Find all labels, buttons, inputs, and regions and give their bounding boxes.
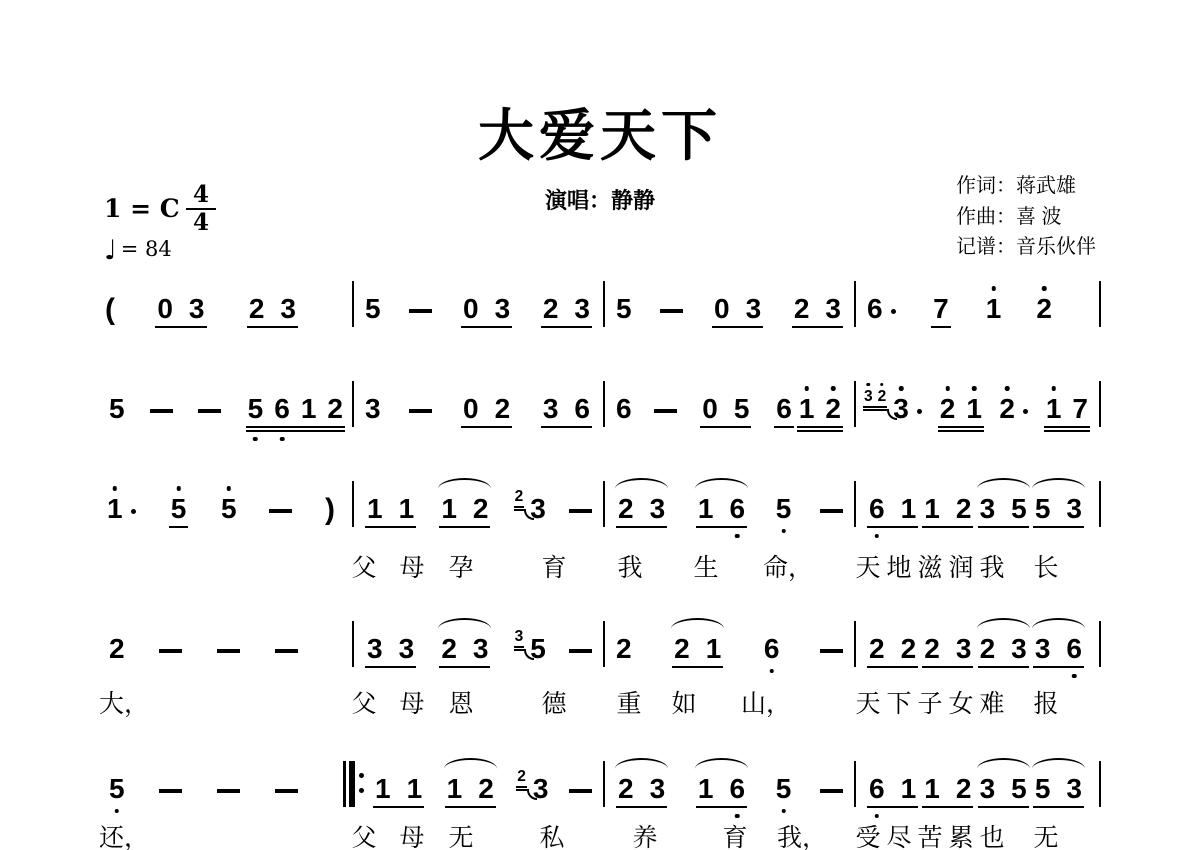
octave-dot-low xyxy=(769,669,774,674)
note: 3 xyxy=(574,295,590,323)
parenthesis: ( xyxy=(105,295,115,325)
note: 1 xyxy=(924,495,940,523)
note: 2 xyxy=(109,635,125,663)
beam-group: 17 xyxy=(1044,395,1090,423)
note: 3 xyxy=(980,775,996,803)
beam-group: 6 xyxy=(774,395,794,423)
grace-note-digit: 3 xyxy=(515,629,524,645)
note: 3 xyxy=(543,395,559,423)
note: 5 xyxy=(248,395,264,423)
parenthesis: ) xyxy=(325,495,335,525)
octave-dot-low xyxy=(115,809,120,814)
slur-arc xyxy=(1032,758,1085,769)
note: 7 xyxy=(1072,395,1088,423)
note-digit: 2 xyxy=(327,395,343,423)
beam-group: 23 xyxy=(792,295,843,323)
grace-notes: 32 xyxy=(863,389,887,405)
lyric-syllable: 我 xyxy=(617,548,642,584)
lyric-syllable: 如 xyxy=(671,684,696,720)
note-digit: 3 xyxy=(650,495,666,523)
note-digit: 6 xyxy=(869,495,885,523)
lyric-syllable: 女 xyxy=(948,684,973,720)
beam-group: 12 xyxy=(439,495,490,523)
barline xyxy=(1099,381,1101,427)
note: 3 xyxy=(399,635,415,663)
measure: 5 xyxy=(103,763,353,803)
dash-extension-line xyxy=(217,789,240,793)
slur-arc xyxy=(671,618,724,629)
note-digit: 6 xyxy=(274,395,290,423)
measure: 32321217 xyxy=(855,383,1100,423)
lyric-syllable: 下 xyxy=(886,684,911,720)
slur-arc xyxy=(615,758,668,769)
note-digit: 2 xyxy=(794,295,810,323)
lyric-syllable: 还， xyxy=(99,818,149,850)
note: 3 xyxy=(650,775,666,803)
credits-block: 作词：蒋武雄作曲：喜 波记谱：音乐伙伴 xyxy=(956,171,1096,263)
note-cluster: 35 xyxy=(514,635,546,663)
note-digit: 2 xyxy=(543,295,559,323)
beam-group: 11 xyxy=(365,495,416,523)
lyric-syllable: 报 xyxy=(1033,684,1058,720)
beam-group: 53 xyxy=(1033,775,1084,803)
note: 2 xyxy=(901,635,917,663)
note-digit: 3 xyxy=(367,635,383,663)
credit-line: 记谱：音乐伙伴 xyxy=(956,232,1096,263)
note-digit: 6 xyxy=(776,395,792,423)
dash-extension-line xyxy=(150,409,173,413)
note: 0 xyxy=(463,395,479,423)
slur-arc xyxy=(1032,478,1085,489)
note-digit: 2 xyxy=(924,635,940,663)
slur-arc xyxy=(977,758,1030,769)
slur-arc xyxy=(438,478,491,489)
note-digit: 3 xyxy=(473,635,489,663)
measure: 55612 xyxy=(103,383,353,423)
note: 1 xyxy=(399,495,415,523)
beam-group: 22 xyxy=(867,635,918,663)
note: 3 xyxy=(189,295,205,323)
lyric-syllable: 孕 xyxy=(448,548,473,584)
note-digit: 1 xyxy=(407,775,423,803)
note-digit: 6 xyxy=(616,395,632,423)
lyric-syllable: 无 xyxy=(448,818,473,850)
note-digit: 5 xyxy=(171,495,187,523)
slur-arc xyxy=(695,478,748,489)
dash-extension-line xyxy=(217,649,240,653)
dash-extension-line xyxy=(569,789,592,793)
note: 3 xyxy=(367,635,383,663)
note-digit: 3 xyxy=(980,775,996,803)
tempo-value: = 84 xyxy=(121,237,172,261)
note-digit: 2 xyxy=(901,635,917,663)
octave-dot-low xyxy=(875,534,880,539)
note: 7 xyxy=(933,295,949,323)
note: 3 xyxy=(473,635,489,663)
measure: 30236 xyxy=(353,383,604,423)
octave-dot-low xyxy=(781,809,786,814)
lyric-syllable: 父 xyxy=(351,818,376,850)
tempo-marking: ♩= 84 xyxy=(104,235,172,266)
note-digit: 0 xyxy=(714,295,730,323)
note-digit: 0 xyxy=(463,395,479,423)
grace-note-digit: 2 xyxy=(517,769,526,785)
beam-group: 5 xyxy=(169,495,189,523)
lyric-syllable: 山， xyxy=(741,684,791,720)
beam-group: 23 xyxy=(616,495,667,523)
note: 6 xyxy=(729,495,745,523)
lyric-syllable: 母 xyxy=(399,684,424,720)
note: 2 xyxy=(473,495,489,523)
beam-group: 36 xyxy=(1033,635,1084,663)
slur-arc xyxy=(444,758,497,769)
note-digit: 3 xyxy=(533,775,549,803)
credit-line: 作曲：喜 波 xyxy=(956,202,1096,233)
note: 2 xyxy=(956,495,972,523)
octave-dot-high xyxy=(972,386,977,391)
grace-note-digit: 3 xyxy=(864,389,873,405)
note: 3 xyxy=(893,395,922,423)
grace-note-digit: 2 xyxy=(515,489,524,505)
lyric-syllable: 德 xyxy=(541,684,566,720)
octave-dot-high xyxy=(1051,386,1056,391)
note-digit: 1 xyxy=(1046,395,1062,423)
music-system: 155)1112232316561123553 xyxy=(0,483,1200,523)
note-digit: 2 xyxy=(618,775,634,803)
measure: 23165 xyxy=(604,483,855,523)
note-digit: 2 xyxy=(825,395,841,423)
note-digit: 2 xyxy=(478,775,494,803)
slur-arc xyxy=(695,758,748,769)
credit-line: 作词：蒋武雄 xyxy=(956,171,1096,202)
dash-extension-line xyxy=(569,649,592,653)
lyric-syllable: 也 xyxy=(979,818,1004,850)
note-digit: 6 xyxy=(574,395,590,423)
note-digit: 2 xyxy=(441,635,457,663)
octave-dot-high xyxy=(867,383,871,387)
note-digit: 1 xyxy=(706,635,722,663)
measure: 332335 xyxy=(353,623,604,663)
octave-dot-high xyxy=(227,486,232,491)
beam-group: 03 xyxy=(712,295,763,323)
octave-dot-high xyxy=(899,386,904,391)
note: 5 xyxy=(365,295,381,323)
note-digit: 2 xyxy=(249,295,265,323)
note: 5 xyxy=(221,495,237,523)
note-digit: 3 xyxy=(746,295,762,323)
dash-extension-line xyxy=(820,789,843,793)
lyric-syllable: 无 xyxy=(1033,818,1058,850)
lyric-syllable: 润 xyxy=(948,548,973,584)
note: 2 xyxy=(618,495,634,523)
note: 2 xyxy=(1036,295,1052,323)
note-digit: 1 xyxy=(799,395,815,423)
note-digit: 1 xyxy=(399,495,415,523)
note: 2 xyxy=(980,635,996,663)
lyric-syllable: 母 xyxy=(399,818,424,850)
note-digit: 2 xyxy=(940,395,956,423)
beam-group: 11 xyxy=(373,775,424,803)
note: 1 xyxy=(107,495,136,523)
measure: 6712 xyxy=(855,283,1100,323)
note: 3 xyxy=(533,775,549,803)
note: 1 xyxy=(799,395,815,423)
note-digit: 3 xyxy=(1066,775,1082,803)
grace-notes: 2 xyxy=(514,489,525,505)
note-cluster: 23 xyxy=(514,495,546,523)
note: 5 xyxy=(1011,775,1027,803)
note: 1 xyxy=(698,495,714,523)
note: 0 xyxy=(702,395,718,423)
note: 6 xyxy=(764,635,780,663)
note: 3 xyxy=(956,635,972,663)
note: 2 xyxy=(249,295,265,323)
note: 2 xyxy=(543,295,559,323)
note: 2 xyxy=(495,395,511,423)
note-digit: 5 xyxy=(1011,775,1027,803)
lyric-syllable: 大， xyxy=(99,684,149,720)
measure: 61123553 xyxy=(855,763,1100,803)
note-digit: 0 xyxy=(702,395,718,423)
note-digit: 1 xyxy=(107,495,123,523)
note-digit: 5 xyxy=(1035,495,1051,523)
note: 5 xyxy=(776,775,792,803)
beam-group: 03 xyxy=(461,295,512,323)
note: 1 xyxy=(924,775,940,803)
note: 3 xyxy=(980,495,996,523)
note-digit: 2 xyxy=(999,395,1015,423)
note-digit: 3 xyxy=(495,295,511,323)
note: 3 xyxy=(1035,635,1051,663)
octave-dot-high xyxy=(113,486,118,491)
note: 0 xyxy=(714,295,730,323)
note-digit: 1 xyxy=(924,495,940,523)
note-digit: 5 xyxy=(1011,495,1027,523)
note-digit: 2 xyxy=(869,635,885,663)
barline xyxy=(1099,621,1101,667)
dash-extension-line xyxy=(654,409,677,413)
octave-dot-high xyxy=(1042,286,1047,291)
note-digit: 3 xyxy=(365,395,381,423)
note: 2 xyxy=(616,635,632,663)
music-system: (032350323503236712 xyxy=(0,283,1200,323)
note-digit: 1 xyxy=(698,775,714,803)
barline xyxy=(1099,761,1101,807)
beam-group: 23 xyxy=(922,635,973,663)
octave-dot-low xyxy=(1072,674,1077,679)
note: 3 xyxy=(280,295,296,323)
dash-extension-line xyxy=(660,309,683,313)
slur-arc xyxy=(615,478,668,489)
lyric-syllable: 父 xyxy=(351,684,376,720)
octave-dot-high xyxy=(804,386,809,391)
octave-dot-low xyxy=(253,437,258,442)
measure: 61123553 xyxy=(855,483,1100,523)
note: 3 xyxy=(650,495,666,523)
lyric-syllable: 长 xyxy=(1033,548,1058,584)
note: 3 xyxy=(1066,775,1082,803)
note-digit: 2 xyxy=(473,495,489,523)
note-digit: 7 xyxy=(1072,395,1088,423)
beam-group: 12 xyxy=(922,495,973,523)
note-digit: 3 xyxy=(893,395,909,423)
note: 2 xyxy=(924,635,940,663)
lyric-syllable: 育 xyxy=(722,818,747,850)
note: 6 xyxy=(1066,635,1082,663)
note: 1 xyxy=(986,295,1002,323)
note: 3 xyxy=(365,395,381,423)
note: 6 xyxy=(869,775,885,803)
note-digit: 1 xyxy=(375,775,391,803)
duration-dot xyxy=(1023,409,1029,415)
note: 5 xyxy=(171,495,187,523)
measure: (0323 xyxy=(103,283,353,323)
octave-dot-high xyxy=(880,383,884,387)
note-digit: 0 xyxy=(157,295,173,323)
note: 1 xyxy=(447,775,463,803)
music-system: 51112232316561123553 xyxy=(0,763,1200,803)
beam-group: 61 xyxy=(867,775,918,803)
beam-group: 21 xyxy=(672,635,723,663)
note-digit: 5 xyxy=(1035,775,1051,803)
beam-group: 23 xyxy=(978,635,1029,663)
note: 5 xyxy=(1035,495,1051,523)
measure: 23165 xyxy=(604,763,855,803)
note: 5 xyxy=(530,635,546,663)
beam-group: 16 xyxy=(696,495,747,523)
beam-group: 7 xyxy=(931,295,951,323)
note: 3 xyxy=(495,295,511,323)
duration-dot xyxy=(131,509,137,515)
note: 5 xyxy=(1011,495,1027,523)
note: 6 xyxy=(776,395,792,423)
note-digit: 5 xyxy=(221,495,237,523)
note: 1 xyxy=(706,635,722,663)
note-digit: 5 xyxy=(734,395,750,423)
note-digit: 1 xyxy=(901,775,917,803)
note-digit: 3 xyxy=(543,395,559,423)
beam-group: 23 xyxy=(541,295,592,323)
dash-extension-line xyxy=(409,309,432,313)
dash-extension-line xyxy=(159,649,182,653)
note-digit: 6 xyxy=(764,635,780,663)
note-digit: 1 xyxy=(698,495,714,523)
slur-arc xyxy=(977,618,1030,629)
note-digit: 3 xyxy=(980,495,996,523)
dash-extension-line xyxy=(569,509,592,513)
octave-dot-high xyxy=(831,386,836,391)
beam-group: 16 xyxy=(696,775,747,803)
note-cluster: 323 xyxy=(863,395,922,423)
song-title: 大爱天下 xyxy=(0,92,1200,172)
note-digit: 6 xyxy=(729,775,745,803)
quarter-note-icon: ♩ xyxy=(104,235,117,266)
note: 0 xyxy=(157,295,173,323)
note: 1 xyxy=(441,495,457,523)
beam-group: 12 xyxy=(445,775,496,803)
beam-group: 23 xyxy=(439,635,490,663)
slur-arc xyxy=(1032,618,1085,629)
octave-dot-high xyxy=(991,286,996,291)
note-digit: 3 xyxy=(1011,635,1027,663)
lyric-syllable: 难 xyxy=(979,684,1004,720)
note-digit: 3 xyxy=(530,495,546,523)
beam-group: 23 xyxy=(247,295,298,323)
note: 1 xyxy=(367,495,383,523)
grace-notes: 3 xyxy=(514,629,525,645)
note-digit: 2 xyxy=(1036,295,1052,323)
note-digit: 3 xyxy=(650,775,666,803)
note-digit: 2 xyxy=(674,635,690,663)
dash-extension-line xyxy=(820,509,843,513)
lyric-syllable: 天 xyxy=(855,548,880,584)
note-digit: 3 xyxy=(399,635,415,663)
lyric-syllable: 私 xyxy=(539,818,564,850)
beam-group: 05 xyxy=(700,395,751,423)
note: 0 xyxy=(463,295,479,323)
note: 1 xyxy=(407,775,423,803)
lyric-syllable: 生 xyxy=(693,548,718,584)
note-digit: 5 xyxy=(776,775,792,803)
note-digit: 1 xyxy=(966,395,982,423)
lyric-syllable: 父 xyxy=(351,548,376,584)
lyric-syllable: 子 xyxy=(917,684,942,720)
note-digit: 5 xyxy=(109,395,125,423)
time-signature-denominator: 4 xyxy=(186,210,216,236)
measure: 50323 xyxy=(353,283,604,323)
note-digit: 1 xyxy=(441,495,457,523)
note-digit: 2 xyxy=(980,635,996,663)
note: 6 xyxy=(616,395,632,423)
note-digit: 1 xyxy=(986,295,1002,323)
beam-group: 35 xyxy=(978,775,1029,803)
note-digit: 1 xyxy=(924,775,940,803)
lyric-syllable: 苦 xyxy=(917,818,942,850)
music-system: 556123023660561232321217 xyxy=(0,383,1200,423)
octave-dot-high xyxy=(945,386,950,391)
note: 1 xyxy=(301,395,317,423)
note: 3 xyxy=(825,295,841,323)
note: 2 xyxy=(478,775,494,803)
note: 6 xyxy=(869,495,885,523)
note-digit: 3 xyxy=(280,295,296,323)
note-digit: 6 xyxy=(869,775,885,803)
note-digit: 5 xyxy=(616,295,632,323)
octave-dot-low xyxy=(280,437,285,442)
note-digit: 6 xyxy=(729,495,745,523)
note-digit: 2 xyxy=(956,495,972,523)
slur-arc xyxy=(438,618,491,629)
beam-group: 23 xyxy=(616,775,667,803)
note: 2 xyxy=(825,395,841,423)
octave-dot-high xyxy=(176,486,181,491)
repeat-thin-bar xyxy=(343,761,346,807)
beam-group: 35 xyxy=(978,495,1029,523)
beam-group: 5612 xyxy=(246,395,345,423)
lyric-syllable: 滋 xyxy=(917,548,942,584)
note: 5 xyxy=(109,775,125,803)
dash-extension-line xyxy=(198,409,221,413)
lyric-syllable: 母 xyxy=(399,548,424,584)
beam-group: 02 xyxy=(461,395,512,423)
lyric-syllable: 累 xyxy=(948,818,973,850)
beam-group: 21 xyxy=(938,395,984,423)
key-signature: 1 = C xyxy=(104,194,180,223)
lyric-syllable: 命， xyxy=(763,548,813,584)
note-digit: 3 xyxy=(1035,635,1051,663)
note: 3 xyxy=(1066,495,1082,523)
note: 1 xyxy=(901,775,917,803)
